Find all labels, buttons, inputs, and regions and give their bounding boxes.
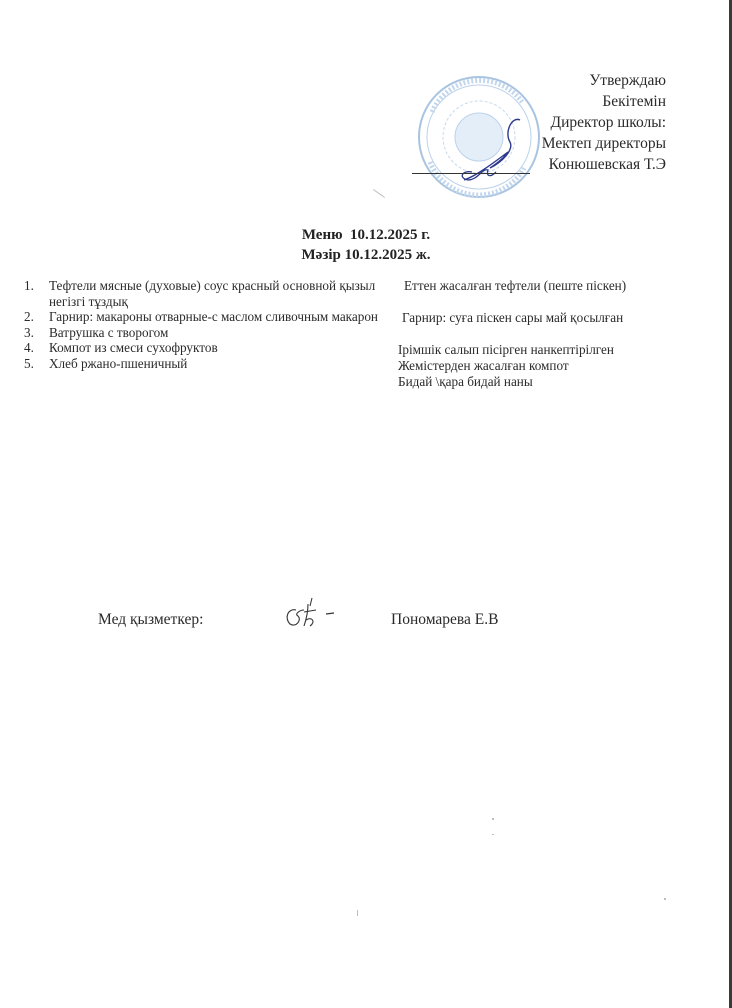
- approval-block: Утверждаю Бекітемін Директор школы: Мект…: [542, 70, 666, 175]
- list-item: 3.Ватрушка с творогом: [24, 325, 384, 341]
- approval-line: Директор школы:: [542, 112, 666, 133]
- title-kz: Мәзір 10.12.2025 ж.: [0, 245, 732, 265]
- list-item: 2.Гарнир: макароны отварные-с маслом сли…: [24, 309, 384, 325]
- list-item: Ірімшік салып пісірген нанкептірілген: [398, 342, 614, 358]
- approval-line: Мектеп директоры: [542, 133, 666, 154]
- title-ru: Меню 10.12.2025 г.: [0, 225, 732, 245]
- menu-list-ru: 1.Тефтели мясные (духовые) соус красный …: [24, 278, 384, 372]
- approval-line: Утверждаю: [542, 70, 666, 91]
- approval-line: Конюшевская Т.Э: [542, 154, 666, 175]
- school-stamp-icon: [412, 72, 547, 202]
- list-item: Еттен жасалған тефтели (пеште піскен): [404, 278, 626, 294]
- list-item: 1.Тефтели мясные (духовые) соус красный …: [24, 278, 384, 309]
- list-item: Гарнир: суға піскен сары май қосылған: [402, 310, 623, 326]
- scan-speck: [492, 834, 494, 835]
- list-item: 4.Компот из смеси сухофруктов: [24, 340, 384, 356]
- scan-speck: [492, 818, 494, 820]
- approval-line: Бекітемін: [542, 91, 666, 112]
- medical-staff-label: Мед қызметкер:: [98, 611, 203, 629]
- list-item: Бидай \қара бидай наны: [398, 374, 533, 390]
- signature-line: [412, 173, 530, 174]
- medical-staff-name: Пономарева Е.В: [391, 611, 498, 629]
- scan-speck: [664, 898, 666, 900]
- list-item: 5.Хлеб ржано-пшеничный: [24, 356, 384, 372]
- list-item: Жемістерден жасалған компот: [398, 358, 569, 374]
- medical-signature-icon: [282, 596, 342, 632]
- document-title: Меню 10.12.2025 г. Мәзір 10.12.2025 ж.: [0, 225, 732, 265]
- bleed-through-artifact: [68, 98, 75, 124]
- scan-speck: [357, 910, 358, 916]
- scan-speck: [373, 189, 385, 198]
